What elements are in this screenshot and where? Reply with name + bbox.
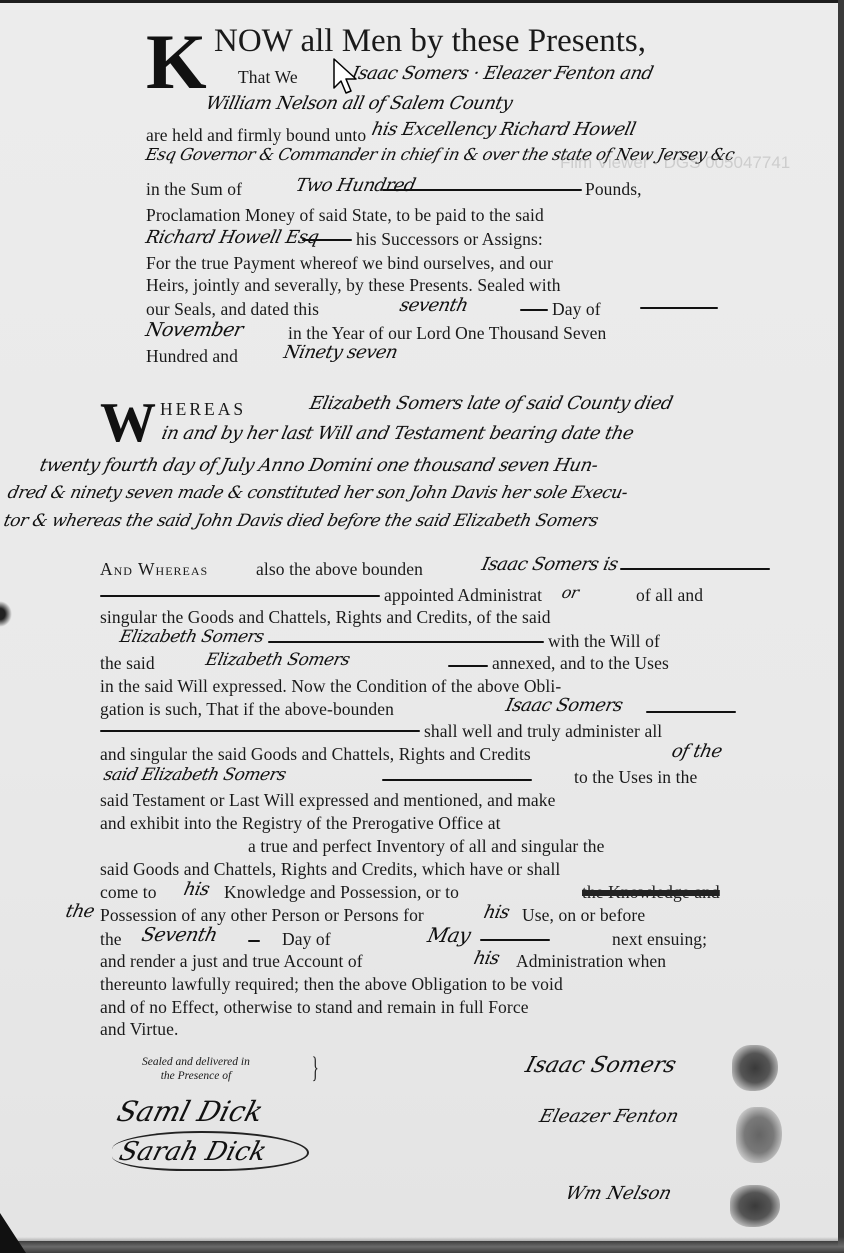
- text-line: with the Will of: [548, 631, 660, 652]
- text-line: a true and perfect Inventory of all and …: [248, 836, 605, 857]
- handwritten-entry: of the: [670, 741, 724, 762]
- mouse-cursor-icon: [333, 58, 359, 98]
- handwritten-entry: Richard Howell Esq: [144, 227, 321, 248]
- handwritten-entry: or: [560, 583, 580, 602]
- fill-dash: [382, 189, 582, 191]
- document-image-viewer[interactable]: K NOW all Men by these Presents, That We…: [0, 3, 838, 1241]
- page-corner: [0, 1213, 26, 1253]
- text-line: the: [100, 929, 122, 950]
- handwritten-entry: Elizabeth Somers: [204, 650, 352, 670]
- fill-dash: [268, 641, 544, 643]
- text-line: in the Sum of: [146, 179, 242, 200]
- handwritten-entry: his: [482, 902, 512, 923]
- text-line: Day of: [282, 929, 331, 950]
- text-line: and singular the said Goods and Chattels…: [100, 744, 531, 765]
- viewer-bottom-shadow: [0, 1237, 844, 1253]
- fill-dash: [302, 239, 352, 241]
- text-line: our Seals, and dated this: [146, 299, 319, 320]
- handwritten-entry: Seventh: [140, 924, 220, 946]
- text-line: Administration when: [516, 951, 666, 972]
- text-line: his Successors or Assigns:: [356, 229, 543, 250]
- text-line: Day of: [552, 299, 601, 320]
- margin-note: the: [64, 901, 96, 922]
- witness-signature: Saml Dick: [114, 1095, 267, 1128]
- text-line: Proclamation Money of said State, to be …: [146, 205, 544, 226]
- dropcap-k: K: [146, 23, 207, 101]
- text-line: That We: [238, 67, 298, 88]
- handwritten-entry: Elizabeth Somers: [118, 627, 266, 647]
- text-line: and render a just and true Account of: [100, 951, 363, 972]
- text-line: gation is such, That if the above-bounde…: [100, 699, 394, 720]
- viewer-watermark: Film Viewer · DGS 005047741: [560, 153, 790, 173]
- signer-signature: Wm Nelson: [563, 1183, 674, 1204]
- brace-icon: }: [312, 1053, 319, 1083]
- text-line: and of no Effect, otherwise to stand and…: [100, 997, 529, 1018]
- text-line: Use, on or before: [522, 905, 645, 926]
- witness-label-line-1: Sealed and delivered in: [142, 1055, 250, 1069]
- dropcap-w: W: [100, 395, 156, 451]
- witness-label: Sealed and delivered in the Presence of: [142, 1055, 250, 1083]
- handwritten-entry: his: [472, 948, 502, 969]
- handwritten-entry: in and by her last Will and Testament be…: [160, 423, 636, 444]
- viewer-frame-edge: [838, 0, 844, 1253]
- text-line: to the Uses in the: [574, 767, 697, 788]
- handwritten-entry: May: [425, 923, 472, 947]
- handwritten-entry: Ninety seven: [282, 342, 400, 363]
- fill-dash: [520, 309, 548, 311]
- struck-out-text: the Knowledge and: [582, 882, 720, 903]
- fill-dash: [448, 665, 488, 667]
- and-whereas-caps: And Whereas: [100, 559, 208, 580]
- signer-signature: Isaac Somers: [523, 1053, 679, 1078]
- text-line: of all and: [636, 585, 703, 606]
- text-line: thereunto lawfully required; then the ab…: [100, 974, 563, 995]
- text-line: shall well and truly administer all: [424, 721, 662, 742]
- text-line: next ensuing;: [612, 929, 707, 950]
- fill-dash: [640, 307, 718, 309]
- wax-seal: [732, 1045, 778, 1091]
- scanned-bond-document: K NOW all Men by these Presents, That We…: [0, 3, 838, 1241]
- text-line: in the said Will expressed. Now the Cond…: [100, 676, 561, 697]
- binding-mark: [0, 601, 12, 627]
- handwritten-entry: Elizabeth Somers late of said County die…: [308, 393, 675, 414]
- text-line: and Virtue.: [100, 1019, 178, 1040]
- text-line: singular the Goods and Chattels, Rights …: [100, 607, 551, 628]
- text-line: For the true Payment whereof we bind our…: [146, 253, 553, 274]
- text-line: Hundred and: [146, 346, 238, 367]
- handwritten-entry: Isaac Somers: [504, 695, 625, 716]
- handwritten-entry: twenty fourth day of July Anno Domini on…: [38, 455, 600, 476]
- handwritten-entry: his Excellency Richard Howell: [370, 119, 638, 140]
- wax-seal: [730, 1185, 780, 1227]
- text-line: said Testament or Last Will expressed an…: [100, 790, 556, 811]
- fill-dash: [480, 939, 550, 941]
- text-line: Possession of any other Person or Person…: [100, 905, 424, 926]
- signature-flourish: [112, 1131, 309, 1171]
- fill-dash: [382, 779, 532, 781]
- fill-dash: [100, 595, 380, 597]
- document-heading: NOW all Men by these Presents,: [214, 23, 646, 60]
- text-line: appointed Administrat: [384, 585, 542, 606]
- fill-dash: [248, 940, 260, 942]
- text-line: and exhibit into the Registry of the Pre…: [100, 813, 501, 834]
- witness-label-line-2: the Presence of: [142, 1069, 250, 1083]
- text-line: are held and firmly bound unto: [146, 125, 366, 146]
- handwritten-entry: said Elizabeth Somers: [102, 765, 288, 785]
- wax-seal: [736, 1107, 782, 1163]
- text-line: in the Year of our Lord One Thousand Sev…: [288, 323, 606, 344]
- text-line: Knowledge and Possession, or to: [224, 882, 459, 903]
- text-line: Heirs, jointly and severally, by these P…: [146, 275, 561, 296]
- handwritten-entry: November: [144, 319, 245, 341]
- text-line: also the above bounden: [256, 559, 423, 580]
- text-line: the said: [100, 653, 155, 674]
- signer-signature: Eleazer Fenton: [537, 1106, 681, 1127]
- handwritten-entry: seventh: [398, 295, 470, 316]
- whereas-caps: HEREAS: [160, 399, 246, 420]
- fill-dash: [646, 711, 736, 713]
- text-line: come to: [100, 882, 157, 903]
- fill-dash: [100, 730, 420, 732]
- text-line: said Goods and Chattels, Rights and Cred…: [100, 859, 560, 880]
- handwritten-entry: dred & ninety seven made & constituted h…: [6, 483, 629, 503]
- handwritten-entry: Two Hundred: [294, 175, 417, 196]
- handwritten-entry: his: [182, 879, 212, 900]
- handwritten-entry: Isaac Somers is: [480, 554, 620, 575]
- handwritten-entry: tor & whereas the said John Davis died b…: [2, 511, 600, 531]
- text-line: Pounds,: [585, 179, 642, 200]
- fill-dash: [620, 568, 770, 570]
- handwritten-entry: Isaac Somers · Eleazer Fenton and: [350, 63, 655, 84]
- text-line: annexed, and to the Uses: [492, 653, 669, 674]
